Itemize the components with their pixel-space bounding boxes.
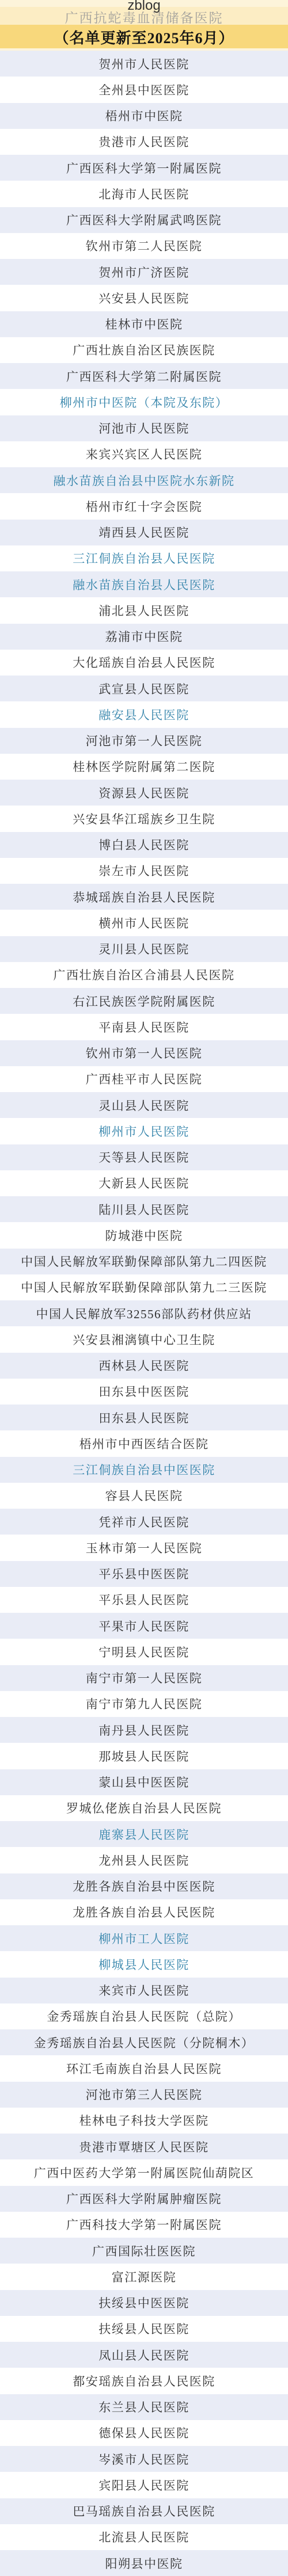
list-item: 容县人民医院 [0,1483,288,1509]
list-item: 岑溪市人民医院 [0,2446,288,2472]
list-item: 贺州市广济医院 [0,259,288,285]
list-item: 北流县人民医院 [0,2524,288,2550]
list-item: 融水苗族自治县人民医院 [0,571,288,597]
list-item: 梧州市红十字会医院 [0,493,288,519]
header: zblog 广西抗蛇毒血清储备医院 （名单更新至2025年6月） [0,0,288,51]
list-item: 金秀瑶族自治县人民医院（总院） [0,2003,288,2029]
list-item: 那坡县人民医院 [0,1743,288,1769]
list-item: 贵港市覃塘区人民医院 [0,2134,288,2159]
list-item: 环江毛南族自治县人民医院 [0,2055,288,2081]
list-item: 全州县中医医院 [0,77,288,102]
list-item: 防城港中医院 [0,1222,288,1248]
list-item: 平南县人民医院 [0,1014,288,1040]
list-item: 梧州市中医院 [0,103,288,129]
list-item: 龙胜各族自治县人民医院 [0,1899,288,1925]
list-item: 广西医科大学第一附属医院 [0,155,288,181]
list-item: 兴安县华江瑶族乡卫生院 [0,806,288,831]
list-item: 平乐县中医医院 [0,1561,288,1587]
list-item: 贺州市人民医院 [0,51,288,77]
list-item: 大新县人民医院 [0,1170,288,1196]
list-item: 河池市人民医院 [0,415,288,441]
list-item: 富江源医院 [0,2264,288,2289]
hospital-list: 贺州市人民医院全州县中医医院梧州市中医院贵港市人民医院广西医科大学第一附属医院北… [0,51,288,2576]
list-item: 广西中医药大学第一附属医院仙葫院区 [0,2159,288,2185]
list-item: 扶绥县中医医院 [0,2290,288,2316]
list-item: 融安县人民医院 [0,701,288,727]
list-item: 靖西县人民医院 [0,520,288,545]
list-item: 大化瑶族自治县人民医院 [0,650,288,676]
list-item: 巴马瑶族自治县人民医院 [0,2498,288,2524]
list-item: 宁明县人民医院 [0,1639,288,1665]
list-item: 龙胜各族自治县中医医院 [0,1873,288,1899]
list-item: 贵港市人民医院 [0,129,288,155]
list-item: 兴安县湘漓镇中心卫生院 [0,1326,288,1352]
list-item: 恭城瑶族自治县人民医院 [0,884,288,910]
list-item: 中国人民解放军联勤保障部队第九二三医院 [0,1274,288,1300]
list-item: 桂林医学院附属第二医院 [0,754,288,780]
list-item: 博白县人民医院 [0,832,288,858]
list-item: 扶绥县人民医院 [0,2316,288,2342]
list-item: 兴安县人民医院 [0,285,288,311]
list-item: 崇左市人民医院 [0,858,288,884]
list-item: 广西医科大学附属肿瘤医院 [0,2186,288,2212]
list-item: 柳城县人民医院 [0,1951,288,1977]
list-item: 宾阳县人民医院 [0,2472,288,2498]
list-item: 武宣县人民医院 [0,676,288,701]
list-item: 广西壮族自治区民族医院 [0,337,288,363]
list-item: 北海市人民医院 [0,181,288,207]
list-item: 鹿寨县人民医院 [0,1821,288,1847]
list-item: 柳州市人民医院 [0,1118,288,1144]
list-item: 灵川县人民医院 [0,936,288,962]
list-item: 桂林电子科技大学医院 [0,2108,288,2134]
list-item: 罗城仫佬族自治县人民医院 [0,1795,288,1821]
list-item: 广西国际壮医医院 [0,2238,288,2264]
list-item: 横州市人民医院 [0,910,288,936]
list-item: 柳州市中医院（本院及东院） [0,389,288,415]
list-item: 融水苗族自治县中医院水东新院 [0,467,288,493]
list-item: 梧州市中西医结合医院 [0,1430,288,1456]
list-item: 三江侗族自治县中医医院 [0,1457,288,1483]
page-subtitle: （名单更新至2025年6月） [0,26,288,48]
list-item: 来宾兴宾区人民医院 [0,441,288,467]
list-item: 柳州市工人医院 [0,1925,288,1951]
list-item: 凭祥市人民医院 [0,1509,288,1535]
list-item: 南宁市第九人民医院 [0,1691,288,1717]
list-item: 西林县人民医院 [0,1353,288,1379]
list-item: 钦州市第一人民医院 [0,1040,288,1066]
list-item: 天等县人民医院 [0,1144,288,1170]
list-item: 桂林市中医院 [0,311,288,337]
list-item: 玉林市第一人民医院 [0,1535,288,1560]
list-item: 凤山县人民医院 [0,2342,288,2368]
list-item: 钦州市第二人民医院 [0,233,288,259]
list-item: 平乐县人民医院 [0,1587,288,1613]
list-item: 都安瑶族自治县人民医院 [0,2368,288,2394]
list-item: 浦北县人民医院 [0,597,288,623]
infographic-page: zblog 广西抗蛇毒血清储备医院 （名单更新至2025年6月） 贺州市人民医院… [0,0,288,2576]
list-item: 资源县人民医院 [0,780,288,806]
list-item: 灵山县人民医院 [0,1092,288,1118]
list-item: 田东县中医医院 [0,1379,288,1405]
watermark-zblog: zblog [0,0,288,14]
list-item: 荔浦市中医院 [0,624,288,650]
list-item: 广西壮族自治区合浦县人民医院 [0,962,288,988]
list-item: 蒙山县中医医院 [0,1769,288,1795]
list-item: 广西医科大学第二附属医院 [0,363,288,389]
list-item: 金秀瑶族自治县人民医院（分院桐木） [0,2029,288,2055]
list-item: 广西科技大学第一附属医院 [0,2212,288,2238]
list-item: 平果市人民医院 [0,1613,288,1639]
list-item: 德保县人民医院 [0,2420,288,2446]
list-item: 广西桂平市人民医院 [0,1066,288,1092]
list-item: 三江侗族自治县人民医院 [0,545,288,571]
list-item: 阳朔县中医院 [0,2550,288,2576]
list-item: 南丹县人民医院 [0,1717,288,1743]
list-item: 中国人民解放军32556部队药材供应站 [0,1300,288,1326]
list-item: 来宾市人民医院 [0,1978,288,2003]
list-item: 河池市第一人民医院 [0,728,288,754]
list-item: 中国人民解放军联勤保障部队第九二四医院 [0,1249,288,1274]
list-item: 右江民族医学院附属医院 [0,988,288,1014]
list-item: 龙州县人民医院 [0,1847,288,1873]
list-item: 河池市第三人民医院 [0,2082,288,2108]
list-item: 南宁市第一人民医院 [0,1665,288,1691]
list-item: 广西医科大学附属武鸣医院 [0,207,288,233]
list-item: 陆川县人民医院 [0,1196,288,1222]
list-item: 东兰县人民医院 [0,2394,288,2420]
list-item: 田东县人民医院 [0,1405,288,1430]
